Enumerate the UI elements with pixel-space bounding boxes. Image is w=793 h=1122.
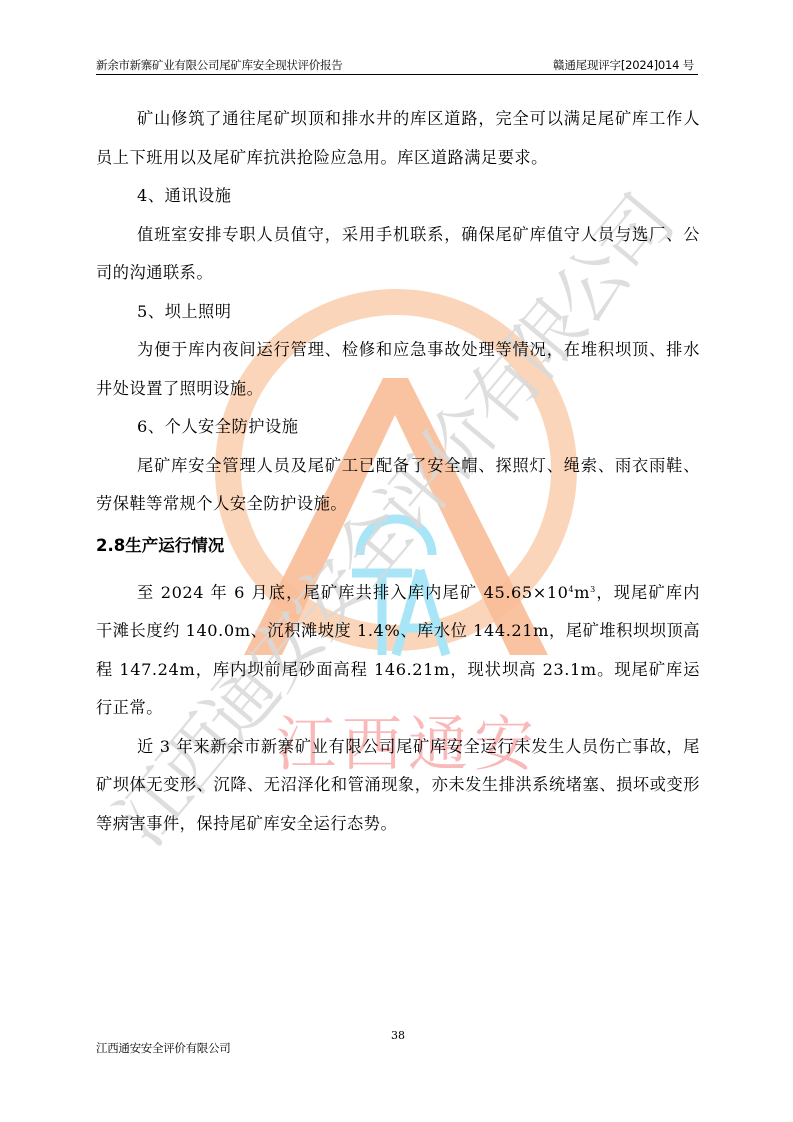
section-title: 生产运行情况 bbox=[125, 536, 224, 555]
unit-exponent: 3 bbox=[590, 585, 596, 594]
lighting-paragraph: 为便于库内夜间运行管理、检修和应急事故处理等情况，在堆积坝顶、排水井处设置了照明… bbox=[96, 331, 700, 408]
footer-company: 江西通安安全评价有限公司 bbox=[96, 1040, 230, 1056]
page-number: 38 bbox=[391, 1029, 405, 1042]
safety-paragraph: 近 3 年来新余市新寨矿业有限公司尾矿库安全运行未发生人员伤亡事故，尾矿坝体无变… bbox=[96, 728, 700, 844]
section-heading: 2.8生产运行情况 bbox=[96, 524, 700, 574]
section-number: 2.8 bbox=[96, 536, 125, 555]
volume-unit: m bbox=[574, 583, 590, 602]
operation-text-end: ，现尾矿库内干滩长度约 140.0m、沉积滩坡度 1.4%、库水位 144.21… bbox=[96, 583, 700, 718]
page-header: 新余市新寨矿业有限公司尾矿库安全现状评价报告 赣通尾现评字[2024]014 号 bbox=[96, 56, 698, 75]
comm-paragraph: 值班室安排专职人员值守，采用手机联系，确保尾矿库值守人员与选厂、公司的沟通联系。 bbox=[96, 216, 700, 293]
lighting-heading: 5、坝上照明 bbox=[96, 293, 700, 332]
road-paragraph: 矿山修筑了通往尾矿坝顶和排水井的库区道路，完全可以满足尾矿库工作人员上下班用以及… bbox=[96, 100, 700, 177]
report-number: 赣通尾现评字[2024]014 号 bbox=[553, 57, 694, 73]
exponent: 4 bbox=[569, 585, 575, 594]
operation-paragraph: 至 2024 年 6 月底，尾矿库共排入库内尾矿 45.65×104m3，现尾矿… bbox=[96, 574, 700, 728]
operation-text-start: 至 2024 年 6 月底，尾矿库共排入库内尾矿 45.65×10 bbox=[137, 583, 569, 602]
ppe-paragraph: 尾矿库安全管理人员及尾矿工已配备了安全帽、探照灯、绳索、雨衣雨鞋、劳保鞋等常规个… bbox=[96, 447, 700, 524]
document-page: 新余市新寨矿业有限公司尾矿库安全现状评价报告 赣通尾现评字[2024]014 号… bbox=[0, 0, 793, 1122]
ppe-heading: 6、个人安全防护设施 bbox=[96, 408, 700, 447]
document-body: 矿山修筑了通往尾矿坝顶和排水井的库区道路，完全可以满足尾矿库工作人员上下班用以及… bbox=[96, 100, 700, 843]
report-title: 新余市新寨矿业有限公司尾矿库安全现状评价报告 bbox=[96, 57, 342, 73]
comm-heading: 4、通讯设施 bbox=[96, 177, 700, 216]
